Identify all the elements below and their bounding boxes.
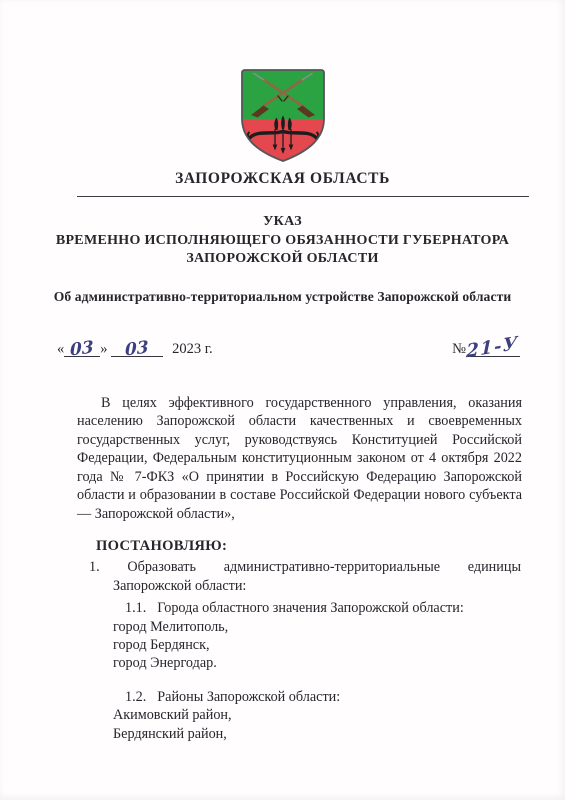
- item-1-text: Образовать административно-территориальн…: [113, 559, 521, 594]
- district-entry: Бердянский район,: [113, 725, 521, 743]
- heading-line-3: ЗАПОРОЖСКОЙ ОБЛАСТИ: [0, 250, 565, 269]
- zaporozhye-coat-of-arms-icon: [238, 67, 328, 164]
- handwritten-month: 03: [125, 340, 149, 357]
- item-1-number: 1.: [89, 559, 100, 575]
- item-1-1-text: Города областного значения Запорожской о…: [157, 600, 463, 616]
- city-entry: город Энергодар.: [113, 654, 521, 672]
- month-blank: 03: [111, 341, 163, 357]
- date-field: «03» 032023 г.: [57, 341, 213, 358]
- district-entry: Акимовский район,: [113, 706, 521, 724]
- city-entry: город Бердянск,: [113, 636, 521, 654]
- day-blank: 03: [64, 341, 100, 357]
- city-entry: город Мелитополь,: [113, 618, 521, 636]
- handwritten-number: 21-У: [467, 336, 520, 359]
- handwritten-day: 03: [70, 340, 94, 357]
- close-quote: »: [100, 341, 107, 357]
- document-type-heading: УКАЗ ВРЕМЕННО ИСПОЛНЯЮЩЕГО ОБЯЗАННОСТИ Г…: [0, 213, 565, 269]
- item-1-2-number: 1.2.: [125, 689, 146, 705]
- list-item-1-2: 1.2.Районы Запорожской области:: [125, 688, 521, 707]
- item-1-1-number: 1.1.: [125, 600, 146, 616]
- year-text: 2023 г.: [172, 341, 213, 357]
- preamble-paragraph: В целях эффективного государственного уп…: [77, 394, 522, 524]
- header-divider: [77, 196, 529, 197]
- item-1-2-text: Районы Запорожской области:: [157, 689, 340, 705]
- document-number-field: №21-У: [452, 341, 520, 358]
- document-title: Об административно-территориальном устро…: [0, 289, 565, 305]
- list-item-1: 1. Образовать административно-территориа…: [89, 558, 521, 595]
- region-name: ЗАПОРОЖСКАЯ ОБЛАСТЬ: [0, 170, 565, 188]
- number-blank: 21-У: [466, 341, 520, 357]
- heading-line-1: УКАЗ: [0, 213, 565, 232]
- list-item-1-1: 1.1.Города областного значения Запорожск…: [125, 599, 521, 618]
- number-sign: №: [452, 341, 466, 357]
- resolution-heading: ПОСТАНОВЛЯЮ:: [96, 538, 565, 555]
- open-quote: «: [57, 341, 64, 357]
- heading-line-2: ВРЕМЕННО ИСПОЛНЯЮЩЕГО ОБЯЗАННОСТИ ГУБЕРН…: [0, 232, 565, 251]
- date-and-number-row: «03» 032023 г. №21-У: [57, 336, 520, 358]
- decree-document-page: ЗАПОРОЖСКАЯ ОБЛАСТЬ УКАЗ ВРЕМЕННО ИСПОЛН…: [0, 0, 565, 800]
